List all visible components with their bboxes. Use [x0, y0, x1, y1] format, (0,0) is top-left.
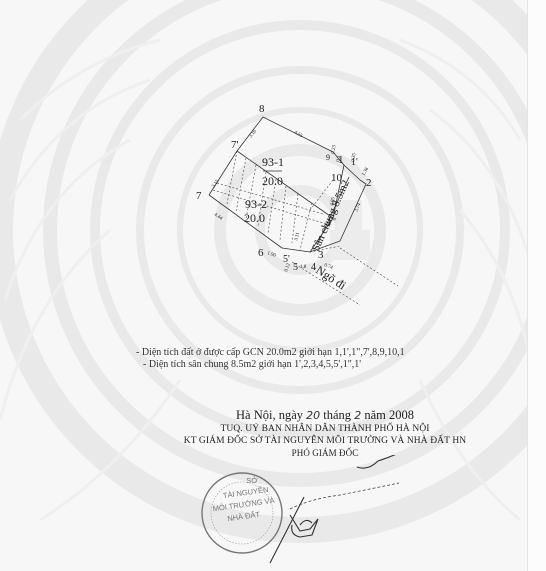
parcel-area: 20.0 — [244, 211, 265, 225]
dimension-label: 3.15 — [212, 179, 221, 189]
parcel-area: 20.0 — [262, 174, 283, 188]
dimension-label: 0.23 — [331, 144, 338, 154]
vertex-label: 6 — [258, 247, 264, 259]
department-line: KT GIÁM ĐỐC SỞ TÀI NGUYÊN MÔI TRƯỜNG VÀ … — [160, 435, 490, 447]
authority-line: TUQ. UỶ BAN NHÂN DÂN THÀNH PHỐ HÀ NỘI — [160, 423, 490, 435]
common-yard-note: - Diện tích sân chung 8.5m2 giới hạn 1',… — [136, 359, 405, 371]
signature-block: Hà Nội, ngày 20 tháng 2 năm 2008 TUQ. UỶ… — [160, 408, 490, 459]
dimension-label: 3.16 — [249, 129, 259, 139]
issue-date: Hà Nội, ngày 20 tháng 2 năm 2008 — [160, 408, 490, 423]
vertex-label: 2 — [366, 177, 372, 189]
date-month-label: tháng — [323, 408, 351, 422]
vertex-label: 8 — [259, 103, 265, 115]
dimension-label: 1.36 — [361, 166, 370, 177]
dimension-label: 3.74 — [354, 202, 362, 212]
document-page: 8 7' 7 1 1' 2 10 1" 3 6 5' 5 4 9 93-1 20… — [0, 0, 546, 571]
stamp-text: MÔI TRƯỜNG VÀ — [212, 496, 275, 514]
signature-stroke — [270, 455, 399, 563]
parcel-id: 93-1 — [262, 155, 284, 169]
common-yard-label: Sân chung 8.5m2 — [310, 178, 352, 253]
official-stamp: SỞ TÀI NGUYÊN MÔI TRƯỜNG VÀ NHÀ ĐẤT — [200, 455, 400, 571]
vertex-label: 9 — [326, 153, 330, 162]
dimension-label: 1.8 — [300, 265, 307, 270]
land-area-note: - Diện tích đất ở được cấp GCN 20.0m2 gi… — [136, 347, 405, 359]
stamp-text: NHÀ ĐẤT — [227, 509, 261, 524]
vertex-label: 5 — [293, 262, 298, 273]
date-prefix: Hà Nội, ngày — [236, 408, 303, 422]
dimension-label: 3.11 — [294, 231, 301, 241]
date-day: 20 — [306, 409, 320, 422]
vertex-label: 7' — [231, 139, 239, 151]
area-notes: - Diện tích đất ở được cấp GCN 20.0m2 gi… — [136, 347, 405, 371]
parcel-id: 93-2 — [245, 197, 267, 211]
dimension-label: 1.90 — [266, 251, 276, 259]
vertex-label: 7 — [196, 190, 202, 202]
stamp-text: SỞ — [246, 476, 258, 485]
dimension-label: 4.44 — [213, 213, 223, 222]
date-month: 2 — [354, 409, 361, 422]
dimension-label: 4.55 — [293, 130, 304, 139]
date-year: năm 2008 — [364, 408, 414, 422]
